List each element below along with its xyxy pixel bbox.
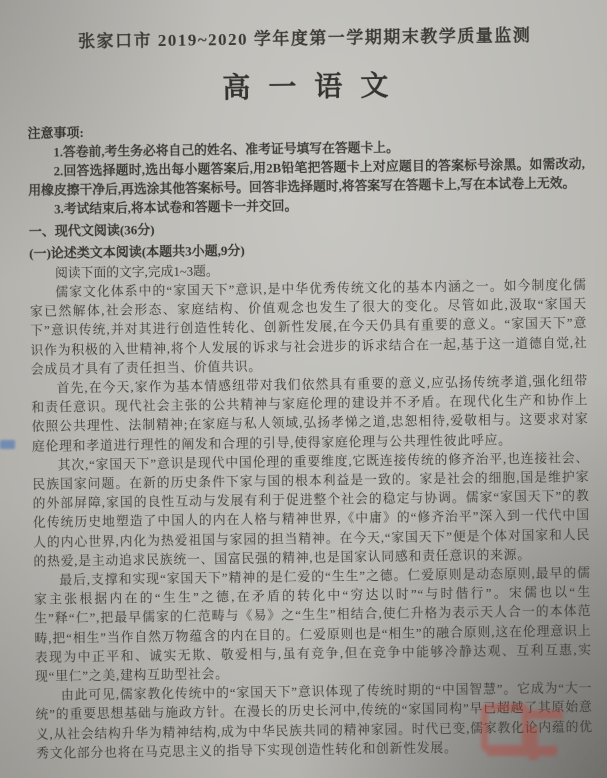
passage-paragraph-4: 最后,支撑和实现“家国天下”精神的是仁爱的“生生”之德。仁爱原则是动态原则,最早… — [34, 564, 593, 687]
passage-paragraph-5: 由此可见,儒家教化传统中的“家国天下”意识体现了传统时期的“中国智慧”。它成为“… — [35, 679, 593, 764]
note-item-2: 2.回答选择题时,选出每小题答案后,用2B铅笔把答题卡上对应题目的答案标号涂黑。… — [28, 155, 585, 201]
scanned-exam-photo: 张家口市 2019~2020 学年度第一学期期末教学质量监测 高一语文 注意事项… — [0, 0, 607, 778]
exam-paper-page: 张家口市 2019~2020 学年度第一学期期末教学质量监测 高一语文 注意事项… — [0, 0, 607, 778]
exam-notes-section: 注意事项: 1.答卷前,考生务必将自己的姓名、准考证号填写在答题卡上。 2.回答… — [27, 115, 585, 220]
passage-paragraph-2: 首先,在今天,家作为基本情感纽带对我们依然具有重要的意义,应弘扬传统孝道,强化纽… — [31, 372, 589, 457]
blue-scan-artifact — [0, 440, 15, 449]
passage-paragraph-1: 儒家文化体系中的“家国天下”意识,是中华优秀传统文化的基本内涵之一。如今制度化儒… — [30, 276, 588, 380]
passage-paragraph-3: 其次,“家国天下”意识是现代中国伦理的重要维度,它既连接传统的修齐治平,也连接社… — [32, 449, 591, 572]
exam-header-title: 张家口市 2019~2020 学年度第一学期期末教学质量监测 — [26, 20, 583, 53]
exam-subject-title: 高一语文 — [27, 61, 585, 109]
reading-passage: 儒家文化体系中的“家国天下”意识,是中华优秀传统文化的基本内涵之一。如今制度化儒… — [30, 276, 594, 764]
